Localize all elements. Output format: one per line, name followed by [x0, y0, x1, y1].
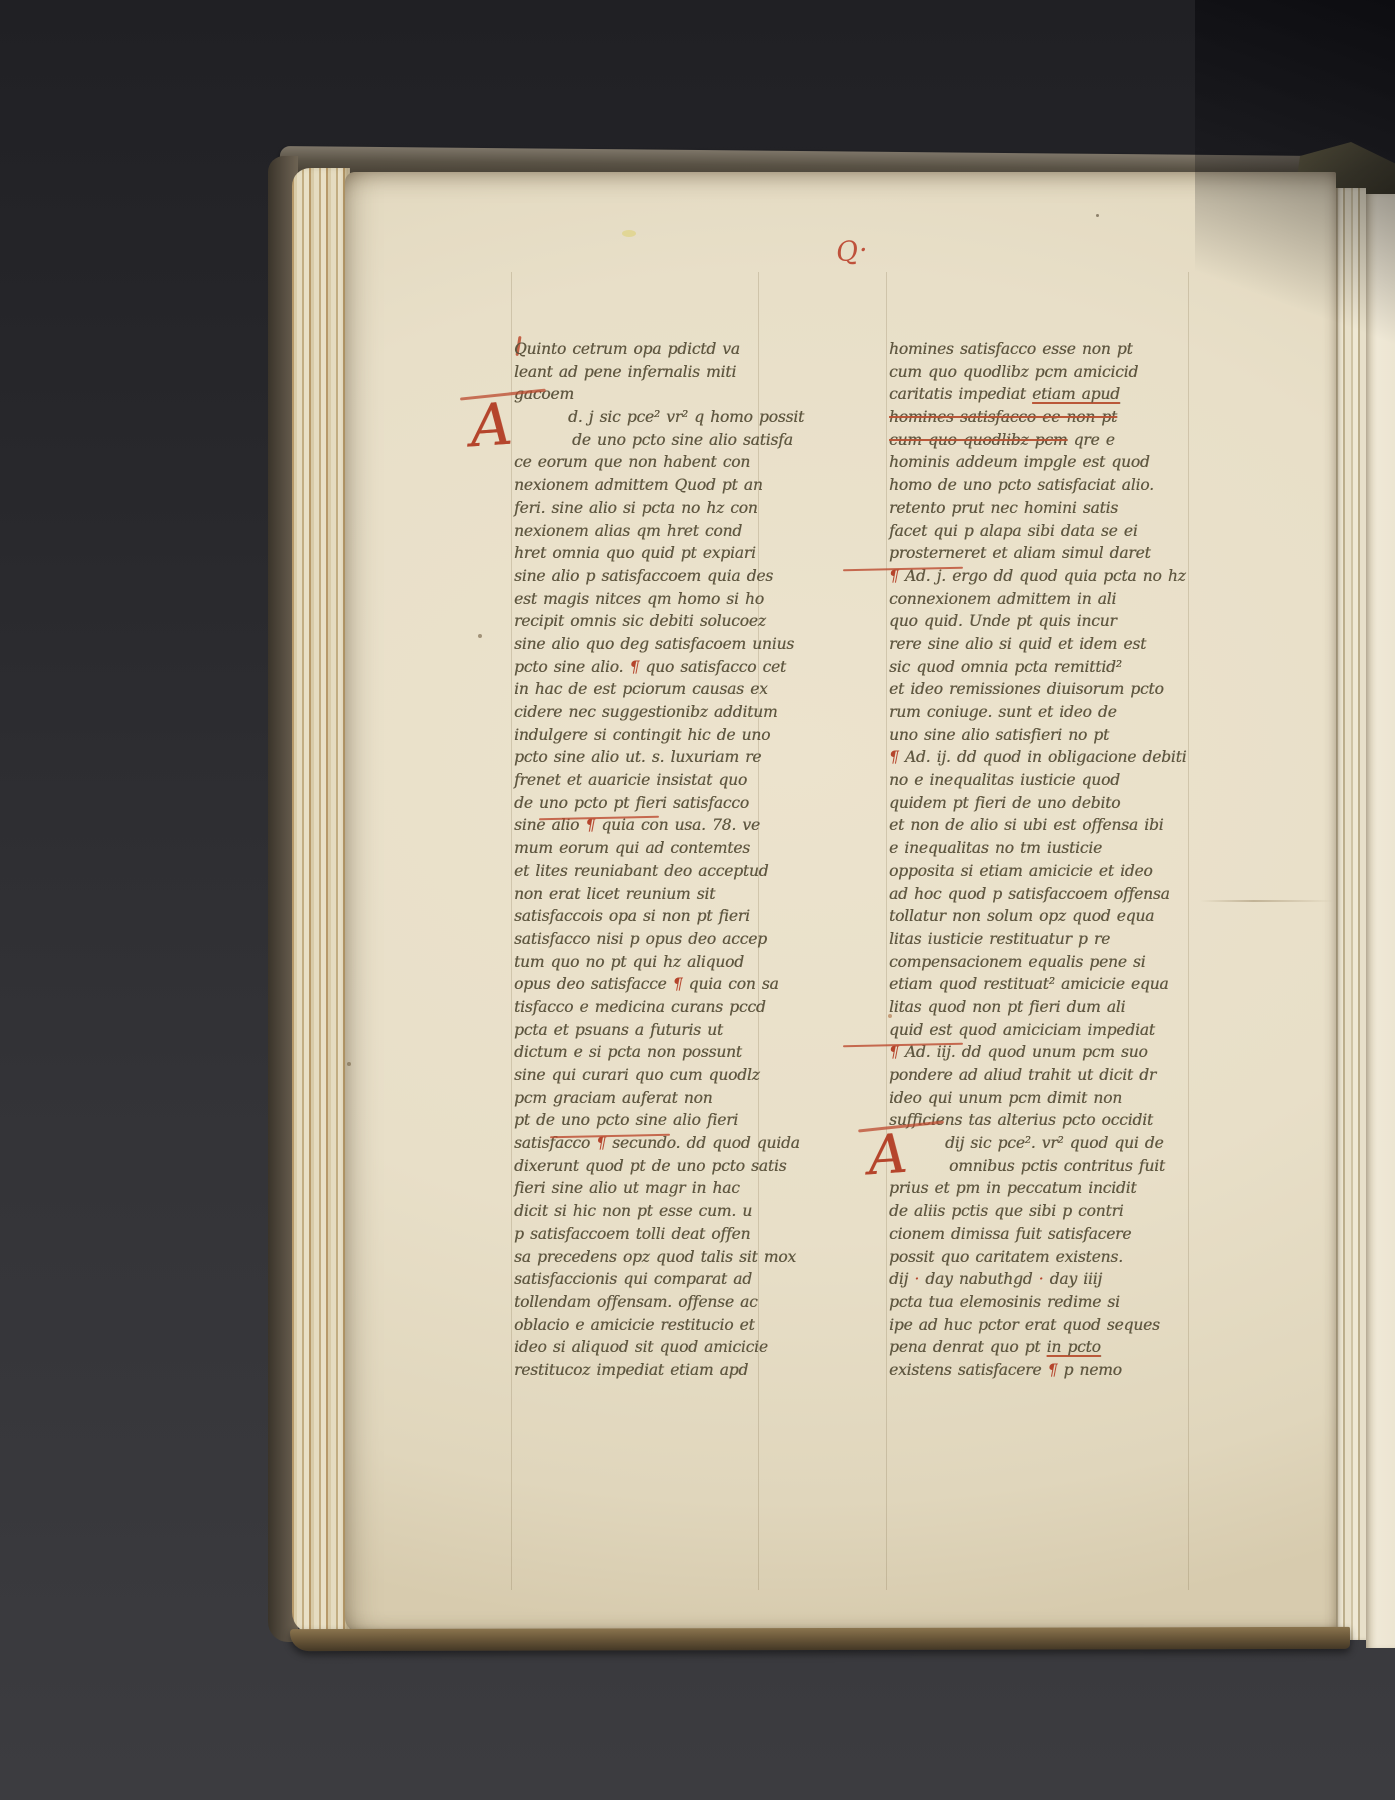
manuscript-line: hret omnia quo quid pt expiari: [514, 542, 760, 565]
page-crease: [1200, 900, 1334, 902]
rubric-mark: ¶: [596, 1134, 606, 1152]
manuscript-line: ideo si aliquod sit quod amicicie: [514, 1336, 760, 1359]
manuscript-photo: Q· Quinto cetrum opa pdictd valeant ad p…: [0, 0, 1395, 1800]
manuscript-line: dictum e si pcta non possunt: [514, 1041, 760, 1064]
manuscript-text: day iiij: [1050, 1270, 1102, 1288]
manuscript-line: ¶ Ad. ij. dd quod in obligacione debiti: [889, 746, 1181, 769]
manuscript-text: e inequalitas no tm iusticie: [889, 839, 1102, 857]
manuscript-text: satisfacco nisi p opus deo accep: [514, 930, 767, 948]
manuscript-text: quidem pt fieri de uno debito: [889, 794, 1120, 812]
manuscript-text: tum quo no pt qui hz aliquod: [514, 953, 744, 971]
manuscript-text: litas quod non pt fieri dum ali: [889, 998, 1125, 1016]
manuscript-line: no e inequalitas iusticie quod: [889, 769, 1181, 792]
rubric-initial: A: [468, 395, 514, 456]
manuscript-line: et ideo remissiones diuisorum pcto: [889, 678, 1181, 701]
rubric-mark: ¶: [889, 748, 899, 766]
manuscript-line: d. j sic pce² vr² q homo possit: [514, 406, 760, 429]
manuscript-text: pcm graciam auferat non: [514, 1089, 712, 1107]
manuscript-line: de aliis pctis que sibi p contri: [889, 1200, 1181, 1223]
manuscript-line: sine alio ¶ quia con usa. 78. ve: [514, 814, 760, 837]
manuscript-text: pondere ad aliud trahit ut dicit dr: [889, 1066, 1156, 1084]
manuscript-text: quo quid. Unde pt quis incur: [889, 612, 1117, 630]
manuscript-text: sa precedens opz quod talis sit mox: [514, 1248, 796, 1266]
manuscript-line: in hac de est pciorum causas ex: [514, 678, 760, 701]
manuscript-line: homo de uno pcto satisfaciat alio.: [889, 474, 1181, 497]
ruling-guide: [886, 272, 887, 1590]
manuscript-line: hominis addeum impgle est quod: [889, 451, 1181, 474]
rubric-initial: A: [866, 1127, 909, 1184]
manuscript-line: pcta tua elemosinis redime si: [889, 1291, 1181, 1314]
manuscript-text: indulgere si contingit hic de uno: [514, 726, 770, 744]
manuscript-line: opposita si etiam amicicie et ideo: [889, 860, 1181, 883]
manuscript-text: litas iusticie restituatur p re: [889, 930, 1110, 948]
manuscript-text: rere sine alio si quid et idem est: [889, 635, 1146, 653]
manuscript-text: quo satisfacco cet: [639, 658, 786, 676]
book-bottom-leather-edge: [290, 1627, 1350, 1651]
manuscript-line: dij · day nabuthgd · day iiij: [889, 1268, 1181, 1291]
rubric-mark: ¶: [629, 658, 639, 676]
manuscript-line: e inequalitas no tm iusticie: [889, 837, 1181, 860]
manuscript-text: possit quo caritatem existens.: [889, 1248, 1123, 1266]
manuscript-line: feri. sine alio si pcta no hz con: [514, 497, 760, 520]
manuscript-text: homo de uno pcto satisfaciat alio.: [889, 476, 1154, 494]
manuscript-text: sine alio quo deg satisfacoem unius: [514, 635, 794, 653]
manuscript-text: pt de uno pcto sine alio fieri: [514, 1111, 738, 1129]
parchment-speck: [478, 634, 482, 638]
rubric-mark: ·: [908, 1270, 925, 1288]
manuscript-line: litas iusticie restituatur p re: [889, 928, 1181, 951]
manuscript-text: sic quod omnia pcta remittid²: [889, 658, 1122, 676]
manuscript-text: retento prut nec homini satis: [889, 499, 1118, 517]
manuscript-text: recipit omnis sic debiti solucoez: [514, 612, 766, 630]
manuscript-text: d. j sic pce² vr² q homo possit: [568, 408, 804, 426]
manuscript-text: nexionem admittem Quod pt an: [514, 476, 763, 494]
manuscript-line: satisfacco ¶ secundo. dd quod quida: [514, 1132, 760, 1155]
manuscript-text: de uno pcto pt fieri satisfacco: [514, 794, 749, 812]
manuscript-text: secundo. dd quod quida: [606, 1134, 800, 1152]
text-column-left: Quinto cetrum opa pdictd valeant ad pene…: [514, 338, 760, 1382]
manuscript-text: compensacionem equalis pene si: [889, 953, 1145, 971]
manuscript-text: connexionem admittem in ali: [889, 590, 1116, 608]
manuscript-text: quid est quod amiciciam impediat: [889, 1021, 1155, 1039]
manuscript-line: dixerunt quod pt de uno pcto satis: [514, 1155, 760, 1178]
manuscript-text: cum quo quodlibz pcm amicicid: [889, 363, 1138, 381]
manuscript-text: prius et pm in peccatum incidit: [889, 1179, 1136, 1197]
manuscript-line: dij sic pce². vr² quod qui de: [889, 1132, 1181, 1155]
manuscript-line: pt de uno pcto sine alio fieri: [514, 1109, 760, 1132]
manuscript-line: ideo qui unum pcm dimit non: [889, 1087, 1181, 1110]
manuscript-line: compensacionem equalis pene si: [889, 951, 1181, 974]
manuscript-text: cidere nec suggestionibz additum: [514, 703, 777, 721]
manuscript-text: facet qui p alapa sibi data se ei: [889, 522, 1138, 540]
manuscript-text: caritatis impediat: [889, 385, 1032, 403]
manuscript-text: dij: [889, 1270, 908, 1288]
manuscript-line: de uno pcto pt fieri satisfacco: [514, 792, 760, 815]
manuscript-line: homines satisfacco esse non pt: [889, 338, 1181, 361]
manuscript-text: et ideo remissiones diuisorum pcto: [889, 680, 1164, 698]
manuscript-text: uno sine alio satisfieri no pt: [889, 726, 1109, 744]
manuscript-line: cionem dimissa fuit satisfacere: [889, 1223, 1181, 1246]
manuscript-line: tollendam offensam. offense ac: [514, 1291, 760, 1314]
manuscript-line: nexionem admittem Quod pt an: [514, 474, 760, 497]
manuscript-text: qre e: [1067, 431, 1114, 449]
manuscript-line: leant ad pene infernalis miti: [514, 361, 760, 384]
manuscript-line: ¶ Ad. j. ergo dd quod quia pcta no hz: [889, 565, 1181, 588]
manuscript-text: opposita si etiam amicicie et ideo: [889, 862, 1153, 880]
manuscript-line: existens satisfacere ¶ p nemo: [889, 1359, 1181, 1382]
manuscript-line: pcto sine alio ut. s. luxuriam re: [514, 746, 760, 769]
manuscript-line: recipit omnis sic debiti solucoez: [514, 610, 760, 633]
manuscript-text: omnibus pctis contritus fuit: [949, 1157, 1165, 1175]
manuscript-line: mum eorum qui ad contemtes: [514, 837, 760, 860]
manuscript-text: opus deo satisfacce: [514, 975, 673, 993]
manuscript-text: prosterneret et aliam simul daret: [889, 544, 1151, 562]
manuscript-text: quia con usa. 78. ve: [595, 816, 760, 834]
manuscript-line: sine alio quo deg satisfacoem unius: [514, 633, 760, 656]
manuscript-line: tisfacco e medicina curans pccd: [514, 996, 760, 1019]
manuscript-text: no e inequalitas iusticie quod: [889, 771, 1120, 789]
manuscript-line: est magis nitces qm homo si ho: [514, 588, 760, 611]
manuscript-text: non erat licet reunium sit: [514, 885, 715, 903]
manuscript-line: satisfacco nisi p opus deo accep: [514, 928, 760, 951]
manuscript-line: sine alio p satisfaccoem quia des: [514, 565, 760, 588]
manuscript-line: satisfaccionis qui comparat ad: [514, 1268, 760, 1291]
manuscript-text: est magis nitces qm homo si ho: [514, 590, 764, 608]
manuscript-text: ideo qui unum pcm dimit non: [889, 1089, 1122, 1107]
manuscript-line: non erat licet reunium sit: [514, 883, 760, 906]
manuscript-text: leant ad pene infernalis miti: [514, 363, 736, 381]
rubric-mark: ¶: [889, 567, 899, 585]
manuscript-text: hret omnia quo quid pt expiari: [514, 544, 756, 562]
manuscript-text: Ad. j. ergo dd quod quia pcta no hz: [899, 567, 1186, 585]
manuscript-text: dicit si hic non pt esse cum. u: [514, 1202, 752, 1220]
manuscript-line: satisfaccois opa si non pt fieri: [514, 905, 760, 928]
manuscript-text: pcto sine alio ut. s. luxuriam re: [514, 748, 761, 766]
manuscript-text: sine alio p satisfaccoem quia des: [514, 567, 773, 585]
rubric-mark: ·: [1032, 1270, 1049, 1288]
manuscript-text: feri. sine alio si pcta no hz con: [514, 499, 758, 517]
manuscript-text: ipe ad huc pctor erat quod seques: [889, 1316, 1160, 1334]
manuscript-text: tisfacco e medicina curans pccd: [514, 998, 766, 1016]
manuscript-line: uno sine alio satisfieri no pt: [889, 724, 1181, 747]
manuscript-line: ipe ad huc pctor erat quod seques: [889, 1314, 1181, 1337]
manuscript-line: connexionem admittem in ali: [889, 588, 1181, 611]
next-page-strip: [1366, 194, 1395, 1648]
manuscript-text: homines satisfacco ee non pt: [889, 408, 1117, 426]
manuscript-line: gacoem: [514, 383, 760, 406]
manuscript-text: Quinto cetrum opa pdictd va: [514, 340, 740, 358]
manuscript-line: quid est quod amiciciam impediat: [889, 1019, 1181, 1042]
manuscript-text: oblacio e amicicie restitucio et: [514, 1316, 755, 1334]
manuscript-text: nexionem alias qm hret cond: [514, 522, 742, 540]
manuscript-text: mum eorum qui ad contemtes: [514, 839, 750, 857]
ruling-guide: [511, 272, 512, 1590]
manuscript-text: sufficiens tas alterius pcto occidit: [889, 1111, 1153, 1129]
manuscript-text: sine qui curari quo cum quodlz: [514, 1066, 760, 1084]
manuscript-text: in hac de est pciorum causas ex: [514, 680, 768, 698]
manuscript-text: pcta et psuans a futuris ut: [514, 1021, 723, 1039]
manuscript-text: pcta tua elemosinis redime si: [889, 1293, 1120, 1311]
manuscript-line: fieri sine alio ut magr in hac: [514, 1177, 760, 1200]
manuscript-text: Ad. iij. dd quod unum pcm suo: [899, 1043, 1148, 1061]
manuscript-line: frenet et auaricie insistat quo: [514, 769, 760, 792]
parchment-stain: [622, 230, 636, 237]
manuscript-line: et lites reuniabant deo acceptud: [514, 860, 760, 883]
manuscript-text: etiam apud: [1032, 385, 1120, 403]
manuscript-text: fieri sine alio ut magr in hac: [514, 1179, 740, 1197]
manuscript-text: hominis addeum impgle est quod: [889, 453, 1150, 471]
manuscript-text: satisfaccois opa si non pt fieri: [514, 907, 750, 925]
manuscript-text: day nabuthgd: [925, 1270, 1032, 1288]
manuscript-line: litas quod non pt fieri dum ali: [889, 996, 1181, 1019]
manuscript-text: tollendam offensam. offense ac: [514, 1293, 758, 1311]
manuscript-line: caritatis impediat etiam apud: [889, 383, 1181, 406]
manuscript-text: cionem dimissa fuit satisfacere: [889, 1225, 1131, 1243]
manuscript-text: pcto sine alio.: [514, 658, 629, 676]
rubric-mark: ¶: [1048, 1361, 1058, 1379]
manuscript-text: p satisfaccoem tolli deat offen: [514, 1225, 750, 1243]
manuscript-line: cum quo quodlibz pcm amicicid: [889, 361, 1181, 384]
manuscript-text: dixerunt quod pt de uno pcto satis: [514, 1157, 786, 1175]
manuscript-text: homines satisfacco esse non pt: [889, 340, 1133, 358]
manuscript-line: pena denrat quo pt in pcto: [889, 1336, 1181, 1359]
page-stack-edges: [292, 168, 350, 1634]
manuscript-text: cum quo quodlibz pcm: [889, 431, 1067, 449]
manuscript-text: frenet et auaricie insistat quo: [514, 771, 747, 789]
manuscript-text: restitucoz impediat etiam apd: [514, 1361, 748, 1379]
rubric-mark: ¶: [673, 975, 683, 993]
manuscript-text: existens satisfacere: [889, 1361, 1048, 1379]
manuscript-text: rum coniuge. sunt et ideo de: [889, 703, 1117, 721]
manuscript-line: ¶ Ad. iij. dd quod unum pcm suo: [889, 1041, 1181, 1064]
manuscript-text: de uno pcto sine alio satisfa: [572, 431, 793, 449]
manuscript-line: rum coniuge. sunt et ideo de: [889, 701, 1181, 724]
manuscript-line: oblacio e amicicie restitucio et: [514, 1314, 760, 1337]
manuscript-text: ad hoc quod p satisfaccoem offensa: [889, 885, 1170, 903]
manuscript-line: et non de alio si ubi est offensa ibi: [889, 814, 1181, 837]
manuscript-line: prius et pm in peccatum incidit: [889, 1177, 1181, 1200]
right-leaf-edges: [1336, 188, 1366, 1640]
manuscript-line: homines satisfacco ee non pt: [889, 406, 1181, 429]
manuscript-line: omnibus pctis contritus fuit: [889, 1155, 1181, 1178]
manuscript-text: tollatur non solum opz quod equa: [889, 907, 1154, 925]
manuscript-line: etiam quod restituat² amicicie equa: [889, 973, 1181, 996]
manuscript-line: pondere ad aliud trahit ut dicit dr: [889, 1064, 1181, 1087]
manuscript-line: ce eorum que non habent con: [514, 451, 760, 474]
manuscript-line: ad hoc quod p satisfaccoem offensa: [889, 883, 1181, 906]
manuscript-line: Quinto cetrum opa pdictd va: [514, 338, 760, 361]
text-column-right: homines satisfacco esse non ptcum quo qu…: [889, 338, 1181, 1382]
manuscript-line: facet qui p alapa sibi data se ei: [889, 520, 1181, 543]
manuscript-line: prosterneret et aliam simul daret: [889, 542, 1181, 565]
manuscript-line: de uno pcto sine alio satisfa: [514, 429, 760, 452]
rubric-mark: ¶: [889, 1043, 899, 1061]
parchment-speck: [347, 1062, 351, 1066]
manuscript-line: pcto sine alio. ¶ quo satisfacco cet: [514, 656, 760, 679]
manuscript-text: et lites reuniabant deo acceptud: [514, 862, 768, 880]
manuscript-text: dictum e si pcta non possunt: [514, 1043, 742, 1061]
manuscript-text: de aliis pctis que sibi p contri: [889, 1202, 1123, 1220]
rubric-mark: ¶: [585, 816, 595, 834]
manuscript-line: quo quid. Unde pt quis incur: [889, 610, 1181, 633]
manuscript-text: et non de alio si ubi est offensa ibi: [889, 816, 1163, 834]
manuscript-text: Ad. ij. dd quod in obligacione debiti: [899, 748, 1187, 766]
ruling-guide: [1188, 272, 1189, 1590]
manuscript-line: cidere nec suggestionibz additum: [514, 701, 760, 724]
manuscript-line: sa precedens opz quod talis sit mox: [514, 1246, 760, 1269]
manuscript-text: dij sic pce². vr² quod qui de: [945, 1134, 1163, 1152]
manuscript-text: ce eorum que non habent con: [514, 453, 750, 471]
manuscript-line: retento prut nec homini satis: [889, 497, 1181, 520]
manuscript-line: possit quo caritatem existens.: [889, 1246, 1181, 1269]
manuscript-text: satisfaccionis qui comparat ad: [514, 1270, 752, 1288]
manuscript-line: restitucoz impediat etiam apd: [514, 1359, 760, 1382]
manuscript-line: pcm graciam auferat non: [514, 1087, 760, 1110]
manuscript-line: quidem pt fieri de uno debito: [889, 792, 1181, 815]
quire-signature-mark: Q·: [834, 234, 870, 268]
manuscript-line: cum quo quodlibz pcm qre e: [889, 429, 1181, 452]
manuscript-line: sine qui curari quo cum quodlz: [514, 1064, 760, 1087]
manuscript-line: dicit si hic non pt esse cum. u: [514, 1200, 760, 1223]
manuscript-text: in pcto: [1047, 1338, 1101, 1356]
manuscript-text: pena denrat quo pt: [889, 1338, 1047, 1356]
manuscript-text: quia con sa: [682, 975, 778, 993]
manuscript-line: tum quo no pt qui hz aliquod: [514, 951, 760, 974]
manuscript-line: opus deo satisfacce ¶ quia con sa: [514, 973, 760, 996]
manuscript-line: tollatur non solum opz quod equa: [889, 905, 1181, 928]
manuscript-text: ideo si aliquod sit quod amicicie: [514, 1338, 768, 1356]
manuscript-line: pcta et psuans a futuris ut: [514, 1019, 760, 1042]
manuscript-line: sic quod omnia pcta remittid²: [889, 656, 1181, 679]
manuscript-line: nexionem alias qm hret cond: [514, 520, 760, 543]
manuscript-line: rere sine alio si quid et idem est: [889, 633, 1181, 656]
parchment-speck: [1096, 214, 1099, 217]
manuscript-text: p nemo: [1057, 1361, 1122, 1379]
manuscript-line: indulgere si contingit hic de uno: [514, 724, 760, 747]
manuscript-text: etiam quod restituat² amicicie equa: [889, 975, 1168, 993]
manuscript-line: p satisfaccoem tolli deat offen: [514, 1223, 760, 1246]
